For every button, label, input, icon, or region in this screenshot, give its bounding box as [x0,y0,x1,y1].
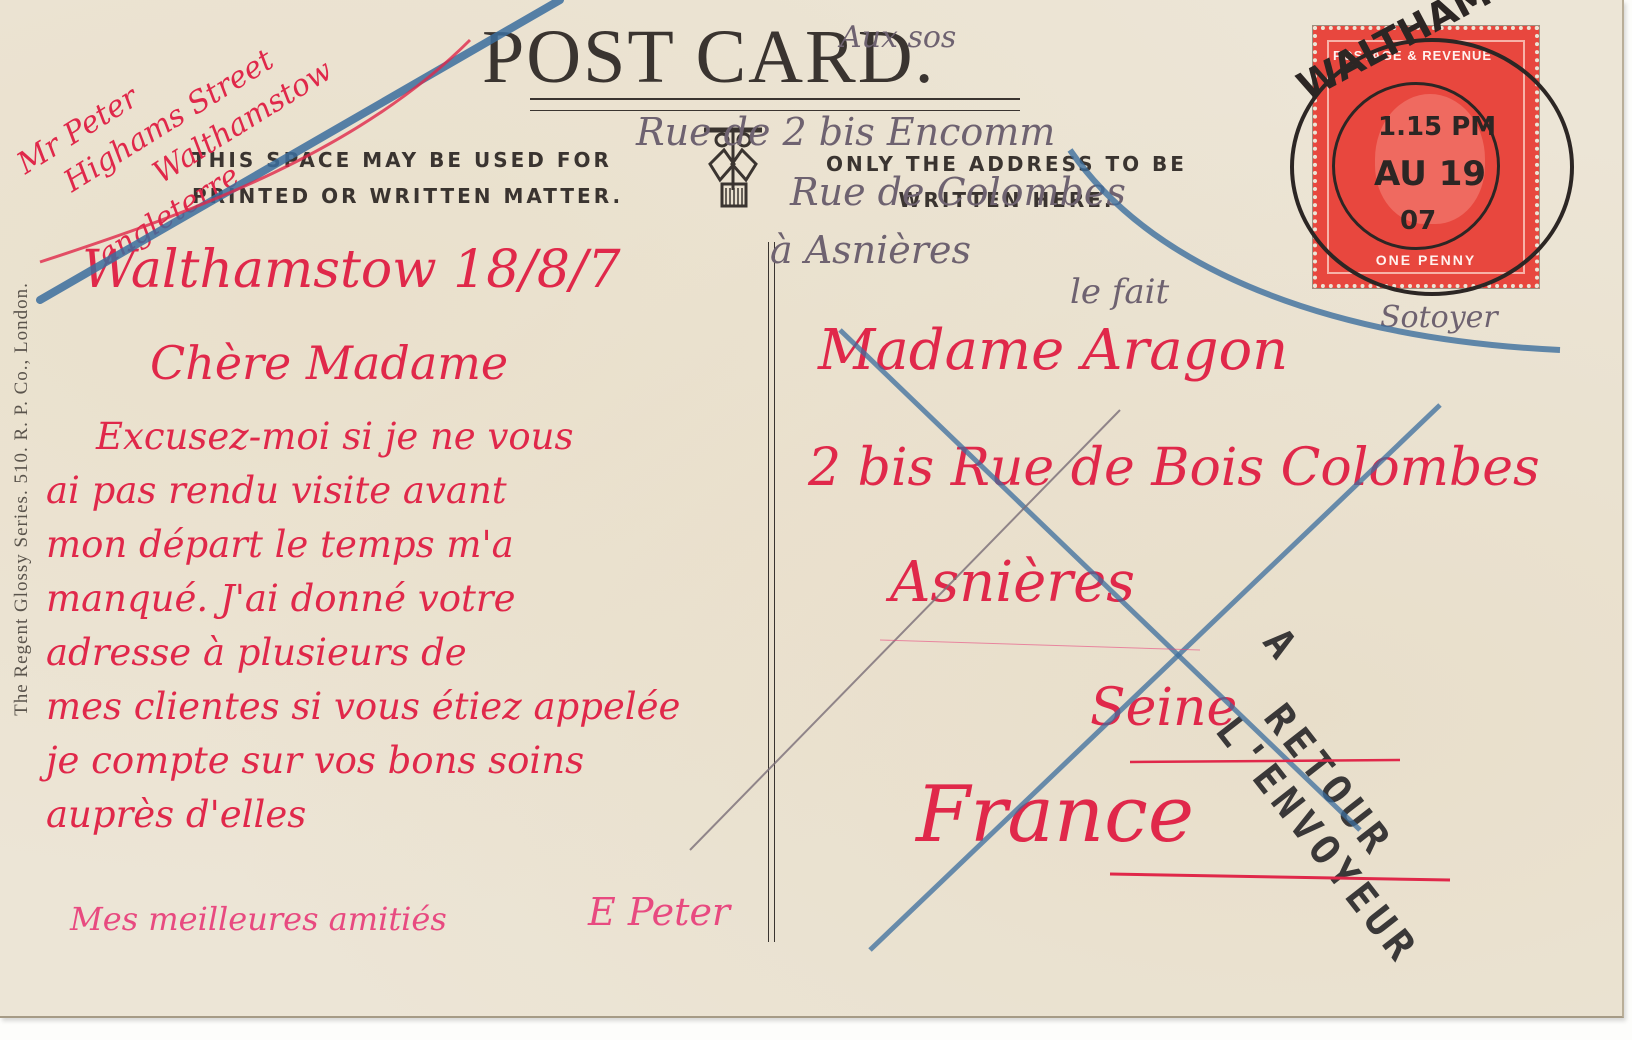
message-line: mon départ le temps m'a [46,518,680,572]
postmark-date: AU 19 [1374,154,1486,194]
address-street: 2 bis Rue de Bois Colombes [808,438,1540,498]
message-signature: E Peter [588,890,730,934]
vertical-divider [768,242,775,942]
forwarding-note-line: Aux sos [840,20,956,55]
address-country: France [916,770,1194,860]
message-dateline: Walthamstow 18/8/7 [82,240,621,300]
postmark-time: 1.15 PM [1378,112,1496,142]
forwarding-note-line: à Asnières [770,228,971,272]
message-body: Excusez-moi si je ne vous ai pas rendu v… [46,410,680,842]
message-line: je compte sur vos bons soins [46,734,680,788]
address-city: Asnières [890,550,1135,615]
title-rule-top [530,98,1020,100]
forwarding-note-line: Sotoyer [1380,300,1498,335]
message-closing: Mes meilleures amitiés [70,900,447,938]
address-region: Seine [1090,678,1237,738]
message-line: auprès d'elles [46,788,680,842]
message-line: manqué. J'ai donné votre [46,572,680,626]
message-salutation: Chère Madame [150,336,508,390]
forwarding-note-line: Rue de Colombes [790,170,1126,214]
forwarding-note-line: Rue de 2 bis Encomm [636,110,1055,154]
message-line: Excusez-moi si je ne vous [96,410,680,464]
forwarding-note-line: le fait [1070,272,1169,312]
return-to-sender-stamp: A RETOUR L'ENVOYEUR [1181,620,1500,974]
message-line: mes clientes si vous étiez appelée [46,680,680,734]
message-line: ai pas rendu visite avant [46,464,680,518]
postcard: The Regent Glossy Series. 510. R. P. Co.… [0,0,1624,1018]
message-line: adresse à plusieurs de [46,626,680,680]
postmark-year: 07 [1400,206,1436,236]
address-name: Madame Aragon [818,318,1288,383]
